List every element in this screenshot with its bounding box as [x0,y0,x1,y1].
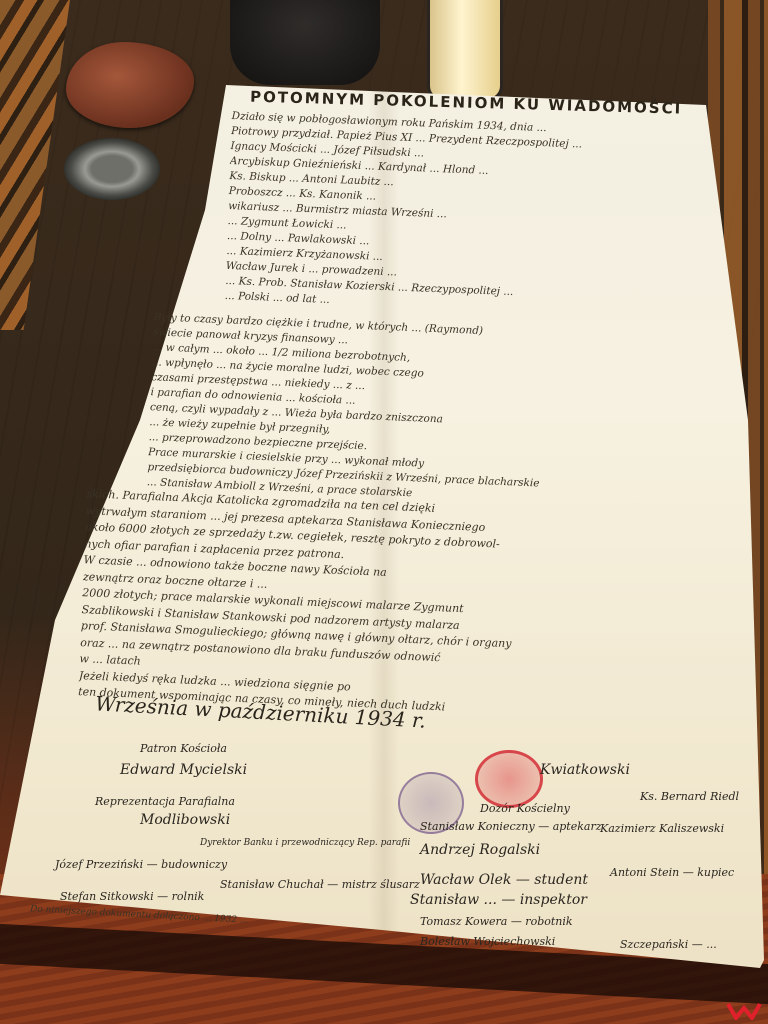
signature: Andrzej Rogalski [420,842,540,858]
signature: Stanisław ... — inspektor [410,892,587,908]
paragraph-block-1: Działo się w pobłogosławionym roku Pańsk… [224,109,701,322]
signature: Antoni Stein — kupiec [610,866,734,879]
signature: Wacław Olek — student [420,872,588,888]
signature-label: Reprezentacja Parafialna [95,795,235,808]
signature: Stanisław Chuchał — mistrz ślusarz [220,878,420,891]
signature: Ks. Bernard Riedl [640,790,739,803]
paragraph-block-2: Były to czasy bardzo ciężkie i trudne, w… [146,310,718,514]
watermark-logo-icon [726,1002,762,1020]
signature-label: Patron Kościoła [140,742,227,755]
signature: Modlibowski [140,812,230,828]
signature: Edward Mycielski [120,762,247,778]
signature: Tomasz Kowera — robotnik [420,915,573,928]
signature: Stanisław Konieczny — aptekarz [420,820,602,833]
document: POTOMNYM POKOLENIOM KU WIADOMOŚCI Działo… [0,0,768,1024]
signature: Kwiatkowski [540,762,630,778]
paragraph-block-3: skich. Parafialna Akcja Katolicka zgroma… [78,486,746,728]
signature: Stefan Sitkowski — rolnik [60,890,204,903]
signature: Kazimierz Kaliszewski [600,822,724,835]
signature-label: Dyrektor Banku i przewodniczący Rep. par… [200,838,410,848]
signature: Szczepański — ... [620,938,717,951]
signature-label: Dozór Kościelny [480,802,570,815]
signature: Bolesław Wojciechowski [420,935,555,948]
signature: Józef Przeziński — budowniczy [55,858,227,871]
red-seal-stamp [475,750,543,808]
